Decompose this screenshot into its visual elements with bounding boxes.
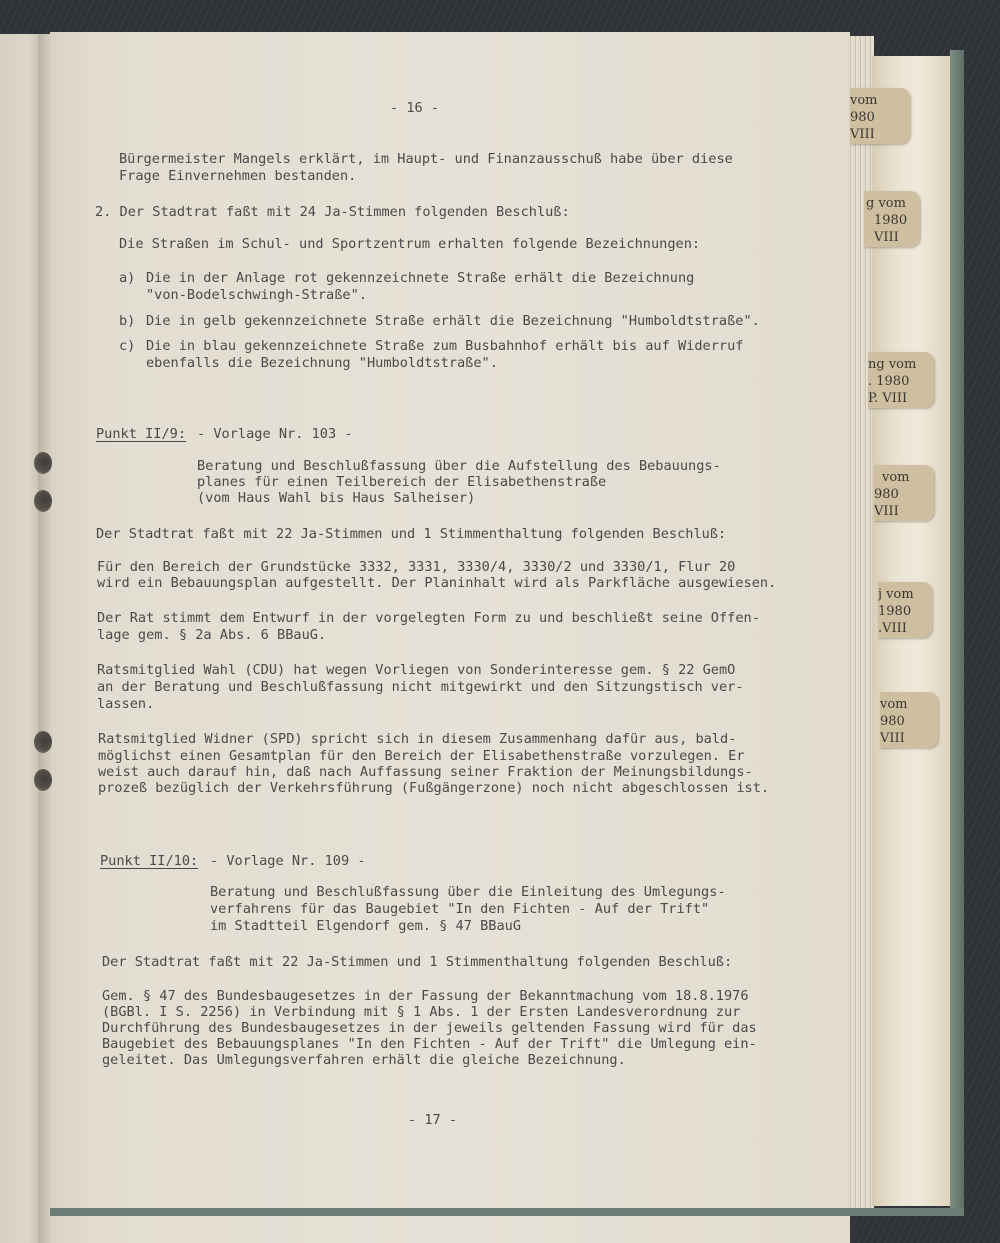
paragraph-line: Ratsmitglied Widner (SPD) spricht sich i… [98, 731, 736, 748]
punkt-ii-9-vote: Der Stadtrat faßt mit 22 Ja-Stimmen und … [96, 526, 726, 543]
paragraph-line: wird ein Bebauungsplan aufgestellt. Der … [97, 575, 776, 592]
punkt-ii-10-label: Punkt II/10: [100, 853, 198, 870]
page-number-top: - 16 - [390, 100, 439, 117]
point-text: Die in der Anlage rot gekennzeichnete St… [146, 270, 694, 287]
punkt-ii-10-subject: Beratung und Beschlußfassung über die Ei… [210, 884, 726, 901]
point-label: b) [119, 313, 135, 330]
item2-heading: 2. Der Stadtrat faßt mit 24 Ja-Stimmen f… [95, 204, 570, 221]
punkt-ii-9-vorlage: - Vorlage Nr. 103 - [197, 426, 353, 443]
intro-line: Frage Einvernehmen bestanden. [119, 168, 356, 185]
paragraph-line: lage gem. § 2a Abs. 6 BBauG. [97, 627, 326, 644]
point-text: Die in blau gekennzeichnete Straße zum B… [146, 338, 743, 355]
paragraph-line: Gem. § 47 des Bundesbaugesetzes in der F… [102, 988, 749, 1005]
punkt-ii-10-vote: Der Stadtrat faßt mit 22 Ja-Stimmen und … [102, 954, 732, 971]
point-label: c) [119, 338, 135, 355]
point-text: ebenfalls die Bezeichnung "Humboldtstraß… [146, 355, 498, 372]
paragraph-line: Ratsmitglied Wahl (CDU) hat wegen Vorlie… [97, 662, 735, 679]
paragraph-line: lassen. [97, 696, 154, 713]
punkt-ii-9-subject: planes für einen Teilbereich der Elisabe… [197, 474, 606, 491]
punkt-ii-10-subject: im Stadtteil Elgendorf gem. § 47 BBauG [210, 918, 521, 935]
point-text: Die in gelb gekennzeichnete Straße erhäl… [146, 313, 760, 330]
paragraph-line: Baugebiet des Bebauungsplanes "In den Fi… [102, 1036, 757, 1053]
point-label: a) [119, 270, 135, 287]
page-number-bottom: - 17 - [408, 1112, 457, 1129]
paragraph-line: Durchführung des Bundesbaugesetzes in de… [102, 1020, 757, 1037]
paragraph-line: prozeß bezüglich der Verkehrsführung (Fu… [98, 780, 769, 797]
item2-lead: Die Straßen im Schul- und Sportzentrum e… [119, 236, 700, 253]
intro-line: Bürgermeister Mangels erklärt, im Haupt-… [119, 151, 733, 168]
punkt-ii-10-subject: verfahrens für das Baugebiet "In den Fic… [210, 901, 709, 918]
paragraph-line: (BGBl. I S. 2256) in Verbindung mit § 1 … [102, 1004, 740, 1021]
paragraph-line: möglichst einen Gesamtplan für den Berei… [98, 748, 745, 765]
punkt-ii-9-subject: Beratung und Beschlußfassung über die Au… [197, 458, 721, 475]
paragraph-line: Für den Bereich der Grundstücke 3332, 33… [97, 559, 735, 576]
document-text: - 16 - Bürgermeister Mangels erklärt, im… [0, 0, 1000, 1243]
paragraph-line: weist auch darauf hin, daß nach Auffassu… [98, 764, 753, 781]
paragraph-line: geleitet. Das Umlegungsverfahren erhält … [102, 1052, 626, 1069]
point-text: "von-Bodelschwingh-Straße". [146, 287, 367, 304]
punkt-ii-10-vorlage: - Vorlage Nr. 109 - [210, 853, 366, 870]
punkt-ii-9-subject: (vom Haus Wahl bis Haus Salheiser) [197, 490, 475, 507]
paragraph-line: an der Beratung und Beschlußfassung nich… [97, 679, 744, 696]
punkt-ii-9-label: Punkt II/9: [96, 426, 186, 443]
paragraph-line: Der Rat stimmt dem Entwurf in der vorgel… [97, 610, 760, 627]
